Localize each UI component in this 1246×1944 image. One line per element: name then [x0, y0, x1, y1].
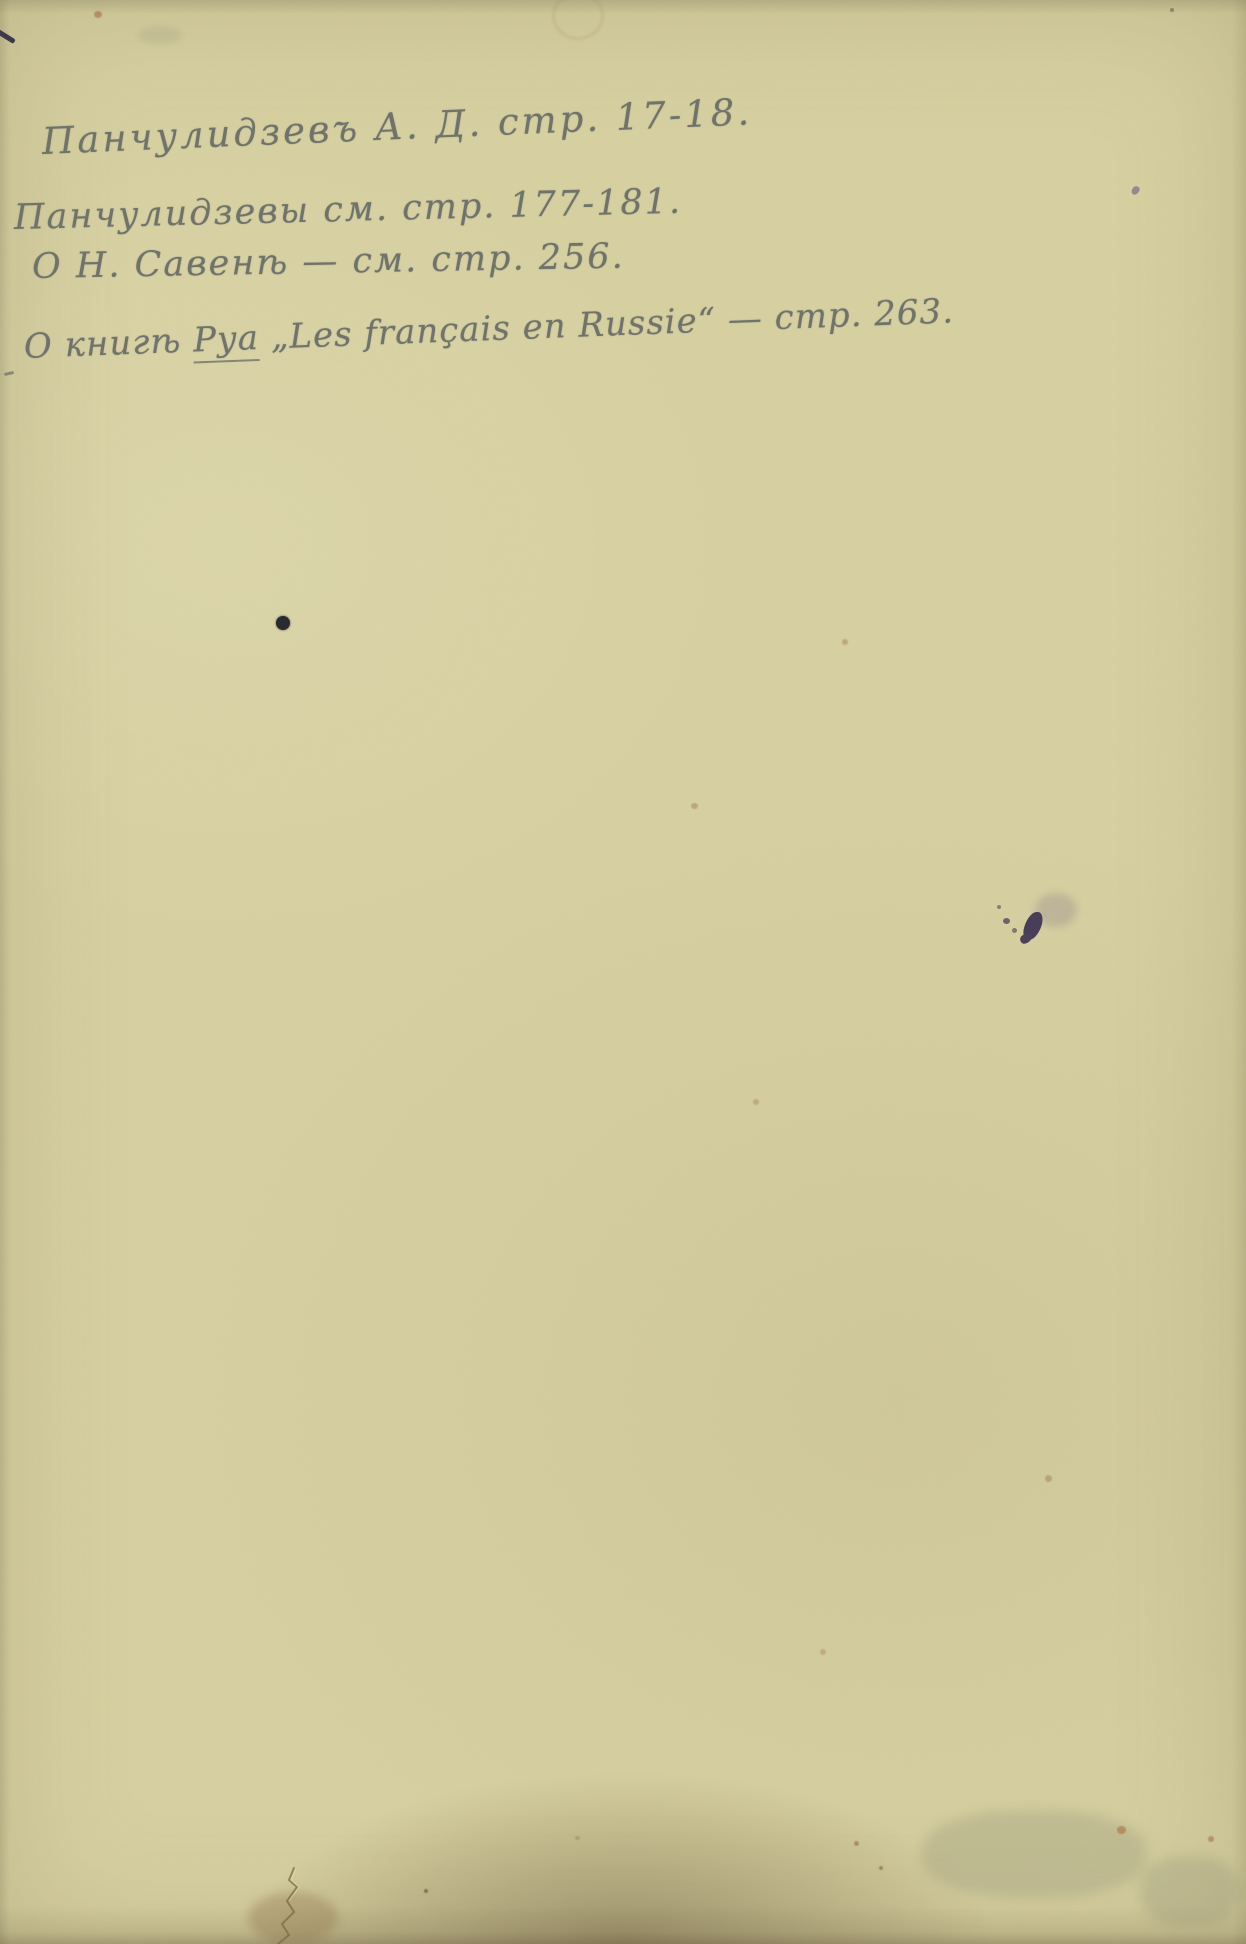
paper-grain-texture	[0, 0, 1246, 1944]
foxing-spot	[575, 1836, 580, 1840]
tiny-speck	[1170, 8, 1174, 12]
handwritten-note-2: Панчулидзевы см. стр. 177-181.	[14, 182, 683, 238]
ink-blot	[1021, 909, 1045, 942]
handwritten-note-1: Панчулидзевъ А. Д. стр. 17-18.	[41, 90, 753, 163]
ink-speck	[1012, 928, 1017, 933]
stain-at-crack	[248, 1892, 338, 1944]
note-4-book-title-and-page: „Les français en Russie“ — стр. 263.	[258, 291, 954, 358]
scanned-page: Панчулидзевъ А. Д. стр. 17-18. Панчулидз…	[0, 0, 1246, 1944]
ink-dot	[276, 616, 290, 630]
gray-smudge	[1140, 1856, 1240, 1926]
handwritten-note-4: О книгѣ Руа „Les français en Russie“ — с…	[23, 291, 954, 367]
faint-ring-stain	[552, 0, 604, 40]
handwritten-note-3: О Н. Савенѣ — см. стр. 256.	[32, 237, 625, 287]
ink-haze	[1035, 893, 1077, 927]
foxing-spot	[854, 1841, 859, 1846]
foxing-spot	[424, 1889, 428, 1893]
graphite-smudge	[138, 26, 182, 44]
foxing-spot	[879, 1866, 883, 1870]
foxing-spot	[753, 1099, 759, 1105]
foxing-spot	[1208, 1836, 1214, 1842]
paper-crack	[230, 1866, 360, 1944]
note-4-prefix: О книгѣ	[23, 321, 194, 367]
foxing-spot	[691, 803, 698, 809]
foxing-spot	[1045, 1475, 1052, 1482]
foxing-spot	[842, 639, 848, 645]
foxing-spot	[820, 1649, 826, 1655]
purple-ink-speck	[1130, 185, 1141, 196]
note-4-underlined-name: Руа	[192, 318, 259, 363]
ink-blot-tail	[1019, 932, 1034, 945]
foxing-spot	[94, 11, 102, 18]
ink-speck	[997, 905, 1001, 909]
gray-smudge	[922, 1810, 1147, 1898]
left-edge-dash	[4, 371, 14, 376]
ink-speck	[1003, 918, 1010, 924]
left-edge-ink-tick	[0, 29, 16, 44]
foxing-spot	[1117, 1826, 1126, 1834]
